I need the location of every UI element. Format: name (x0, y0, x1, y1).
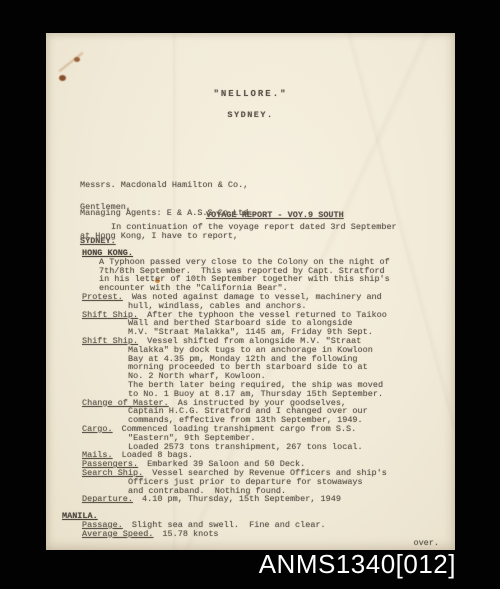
stain-mark (59, 52, 84, 72)
document-paper: "NELLORE." SYDNEY. Messrs. Macdonald Ham… (46, 33, 455, 550)
photo-background: { "archive_bar": { "label": "ANMS1340[01… (0, 0, 500, 589)
item-label: Average Speed. (82, 529, 153, 539)
report-item-search-ship: Search Ship.Vessel searched by Revenue O… (82, 469, 418, 495)
stain-mark (59, 75, 66, 81)
report-title: VOYAGE REPORT - VOY.9 SOUTH (206, 210, 344, 220)
ship-name: "NELLORE." (46, 89, 455, 99)
addressee-line: Messrs. Macdonald Hamilton & Co., (80, 181, 259, 190)
report-item-typhoon: A Typhoon passed very close to the Colon… (82, 258, 418, 293)
intro-paragraph: In continuation of the voyage report dat… (80, 223, 397, 241)
report-item-shift-ship-1: Shift Ship.After the typhoon the vessel … (82, 311, 418, 337)
section-manila: MANILA. Passage.Slight sea and swell. Fi… (82, 512, 418, 538)
intro-line: at Hong Kong, I have to report, (80, 232, 397, 241)
report-item-departure: Departure.4.10 pm, Thursday, 15th Septem… (82, 495, 418, 504)
item-label: Protest. (82, 292, 123, 302)
report-item-cargo: Cargo.Commenced loading transhipment car… (82, 425, 418, 451)
section-hong-kong: HONG KONG. A Typhoon passed very close t… (82, 249, 418, 504)
report-item-average-speed: Average Speed.15.78 knots (82, 530, 418, 539)
report-item-protest: Protest.Was noted against damage to vess… (82, 293, 418, 311)
archive-reference-label: ANMS1340[012] (259, 549, 456, 580)
item-line: 4.10 pm, Thursday, 15th September, 1949 (142, 494, 341, 504)
item-line: Slight sea and swell. Fine and clear. (132, 520, 326, 530)
report-item-change-of-master: Change of Master.As instructed by your g… (82, 399, 418, 425)
report-body: HONG KONG. A Typhoon passed very close t… (82, 249, 418, 539)
ship-port: SYDNEY. (46, 110, 455, 120)
item-label: Departure. (82, 494, 133, 504)
over-note: over. (413, 538, 439, 548)
item-line: 15.78 knots (162, 529, 218, 539)
report-item-shift-ship-2: Shift Ship.Vessel shifted from alongside… (82, 337, 418, 399)
salutation: Gentlemen, (80, 202, 131, 212)
item-label: Cargo. (82, 424, 113, 434)
